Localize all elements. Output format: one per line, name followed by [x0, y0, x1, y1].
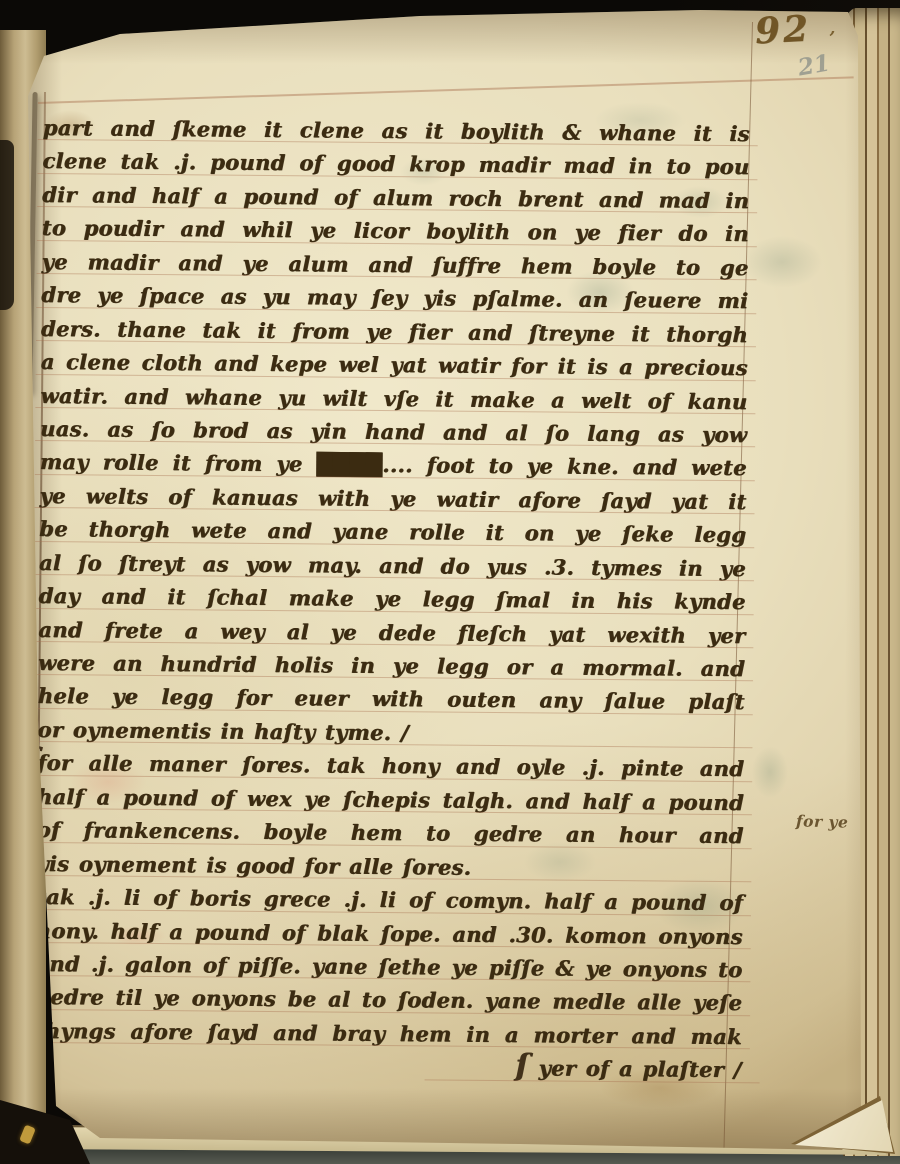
folio-flourish: ’: [829, 30, 835, 48]
manuscript-page: 92 ’ 21 for ye part and ſkeme it clene a…: [0, 0, 900, 1164]
text-block: part and ſkeme it clene as it boylith & …: [32, 111, 754, 1087]
paragraph-mark: ſ: [515, 1048, 529, 1083]
manuscript-photo: 92 ’ 21 for ye part and ſkeme it clene a…: [0, 0, 900, 1164]
pencil-number: 21: [796, 51, 832, 79]
folio-number: 92: [754, 11, 812, 50]
line-text: ſyer of a plaſter /: [32, 1047, 746, 1087]
margin-note: for ye: [796, 813, 849, 830]
top-ruled-line: [38, 76, 854, 103]
binding-gap-shadow: [0, 140, 14, 310]
manuscript-line: ſyer of a plaſter /: [32, 1047, 746, 1087]
